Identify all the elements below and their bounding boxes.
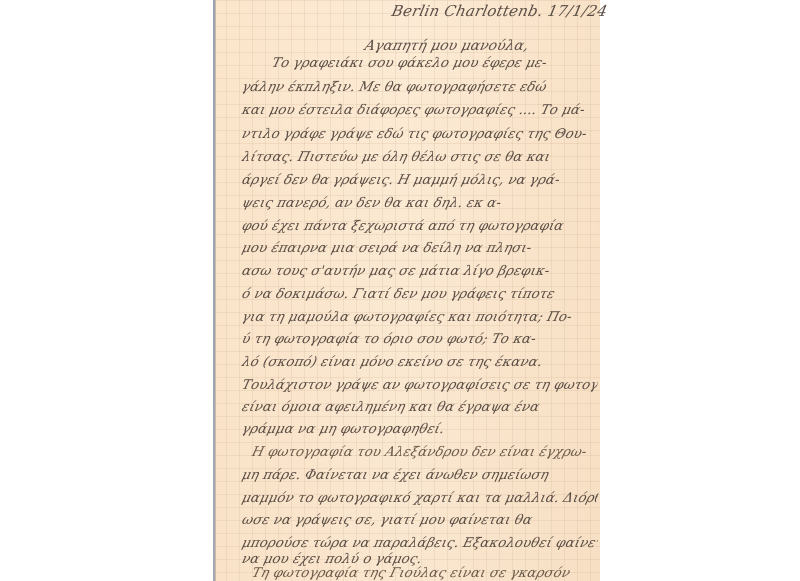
image-viewer: Berlin Charlottenb. 17/1/24 Αγαπητή μου … (0, 0, 800, 581)
letter-line: λό (σκοπό) είναι μόνο εκείνο σε της έκαν… (240, 355, 599, 371)
letter-line: άργεί δεν θα γράψεις. Η μαμμή μόλις, να … (240, 173, 599, 189)
letter-line: για τη μαμούλα φωτογραφίες και ποιότητα;… (240, 310, 599, 326)
letter-line: μου έπαιρνα μια σειρά να δείλη να πλησι- (240, 241, 599, 257)
letter-line: λίτσας. Πιστεύω με όλη θέλω στις σε θα κ… (240, 150, 599, 166)
letter-line: Τη φωτογραφία της Γιούλας είναι σε γκαρσ… (250, 566, 599, 581)
letter-line: ασω τους σ'αυτήν μας σε μάτια λίγο βρεφι… (240, 264, 599, 280)
letter-line: μη πάρε. Φαίνεται να έχει άνωθεν σημείωσ… (240, 468, 599, 484)
letter-line: μαμμόν το φωτογραφικό χαρτί και τα μαλλι… (240, 491, 599, 507)
letter-line: φού έχει πάντα ξεχωριστά από τη φωτογραφ… (240, 219, 599, 235)
letter-line: και μου έστειλα διάφορες φωτογραφίες ...… (240, 103, 599, 119)
letter-line: Τουλάχιστον γράψε αν φωτογραφίσεις σε τη… (240, 378, 599, 394)
letter-salutation: Αγαπητή μου μανούλα, (363, 38, 530, 54)
letter-line: ωσε να γράψεις σε, γιατί μου φαίνεται θα (240, 513, 599, 529)
letter-line: ό να δοκιμάσω. Γιατί δεν μου γράφεις τίπ… (240, 287, 599, 303)
letter-line: Το γραφειάκι σου φάκελο μου έφερε με- (270, 56, 599, 72)
letter-line: είναι όμοια αφειλημένη και θα έγραψα ένα (240, 400, 599, 416)
letter-line: ψεις πανερό, αν δεν θα και δηλ. εκ α- (240, 196, 599, 212)
letter-line: ντιλο γράφε γράψε εδώ τις φωτογραφίες τη… (240, 127, 599, 143)
letter-line: γράμμα να μη φωτογραφηθεί. (240, 422, 599, 438)
letter-line: ύ τη φωτογραφία το όριο σου φωτό; Το κα- (240, 332, 599, 348)
letter-line: μπορούσε τώρα να παραλάβεις. Εξακολουθεί… (240, 536, 599, 552)
letter-line: Η φωτογραφία του Αλεξάνδρου δεν είναι έγ… (250, 445, 599, 461)
letter-place-date: Berlin Charlottenb. 17/1/24 (390, 2, 609, 20)
letter-line: γάλην έκπληξιν. Με θα φωτογραφήσετε εδώ (240, 80, 599, 96)
